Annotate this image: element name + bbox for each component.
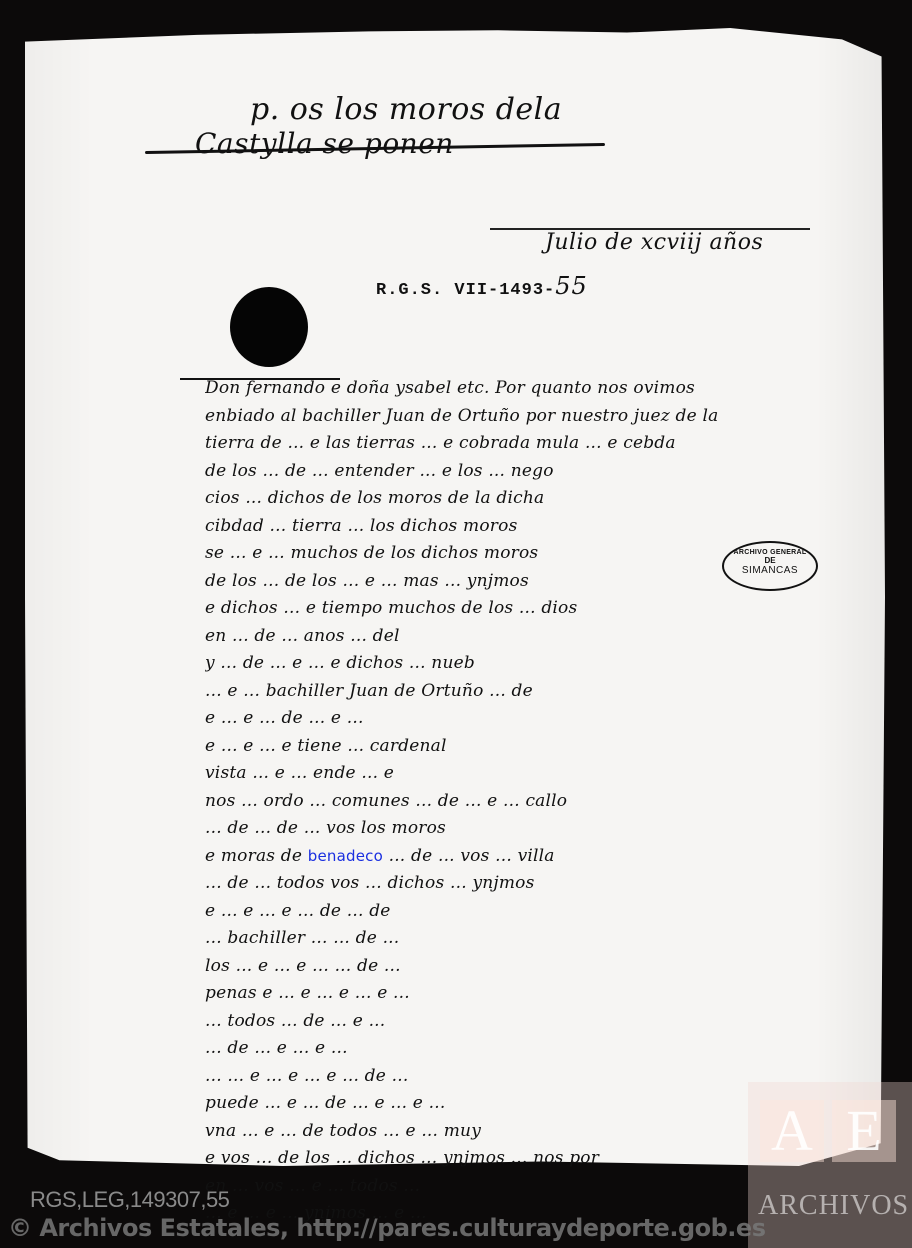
watermark-letter-e: E <box>832 1100 896 1162</box>
reference-prefix: R.G.S. VII-1493- <box>376 281 555 300</box>
stamp-line-1: ARCHIVO GENERAL <box>724 549 816 556</box>
stamp-line-2: DE <box>724 556 816 565</box>
manuscript-line: e dichos ... e tiempo muchos de los ... … <box>205 595 725 623</box>
manuscript-line: cios ... dichos de los moros de la dicha <box>205 485 725 513</box>
manuscript-line: enbiado al bachiller Juan de Ortuño por … <box>205 403 725 431</box>
archive-reference: R.G.S. VII-1493-55 <box>376 272 588 300</box>
manuscript-line: ... de ... e ... e ... <box>205 1035 725 1063</box>
manuscript-line: vista ... e ... ende ... e <box>205 760 725 788</box>
wax-seal-mark <box>230 287 308 367</box>
heading-line-2: Castylla se ponen <box>195 127 454 160</box>
manuscript-line: ... ... e ... e ... e ... de ... <box>205 1063 725 1091</box>
archive-stamp: ARCHIVO GENERAL DE SIMANCAS <box>722 541 818 591</box>
manuscript-line: en ... vos ... e ... todos ... <box>205 1173 725 1201</box>
manuscript-line: puede ... e ... de ... e ... e ... <box>205 1090 725 1118</box>
manuscript-body: Don fernando e doña ysabel etc. Por quan… <box>205 375 725 1228</box>
stamp-line-3: SIMANCAS <box>724 565 816 576</box>
reference-number: 55 <box>555 272 588 300</box>
manuscript-line: los ... e ... e ... ... de ... <box>205 953 725 981</box>
manuscript-line: cibdad ... tierra ... los dichos moros <box>205 513 725 541</box>
manuscript-line: penas e ... e ... e ... e ... <box>205 980 725 1008</box>
manuscript-line: tierra de ... e las tierras ... e cobrad… <box>205 430 725 458</box>
manuscript-line: ... todos ... de ... e ... <box>205 1008 725 1036</box>
manuscript-line: y ... de ... e ... e dichos ... nueb <box>205 650 725 678</box>
manuscript-line: e vos ... de los ... dichos ... ynjmos .… <box>205 1145 725 1173</box>
manuscript-line: ... bachiller ... ... de ... <box>205 925 725 953</box>
blue-insertion: benadeco <box>308 847 383 865</box>
catalog-id: RGS,LEG,149307,55 <box>30 1187 229 1213</box>
manuscript-line: nos ... ordo ... comunes ... de ... e ..… <box>205 788 725 816</box>
manuscript-line: e ... e ... e tiene ... cardenal <box>205 733 725 761</box>
manuscript-line: e moras de benadeco ... de ... vos ... v… <box>205 843 725 871</box>
watermark-letter-a: A <box>760 1100 824 1162</box>
manuscript-line: ... de ... todos vos ... dichos ... ynjm… <box>205 870 725 898</box>
manuscript-line: vna ... e ... de todos ... e ... muy <box>205 1118 725 1146</box>
watermark-text: ARCHIVOS <box>758 1190 909 1222</box>
manuscript-line: ... de ... de ... vos los moros <box>205 815 725 843</box>
manuscript-line: e ... e ... de ... e ... <box>205 705 725 733</box>
manuscript-line: Don fernando e doña ysabel etc. Por quan… <box>205 375 725 403</box>
manuscript-line: ... e ... bachiller Juan de Ortuño ... d… <box>205 678 725 706</box>
copyright-notice: © Archivos Estatales, http://pares.cultu… <box>8 1214 765 1242</box>
manuscript-line: de los ... de ... entender ... e los ...… <box>205 458 725 486</box>
archive-watermark: A E ARCHIVOS <box>748 1082 912 1248</box>
manuscript-line: e ... e ... e ... de ... de <box>205 898 725 926</box>
date-note: Julio de xcviij años <box>545 230 763 255</box>
manuscript-line: en ... de ... anos ... del <box>205 623 725 651</box>
manuscript-line: de los ... de los ... e ... mas ... ynjm… <box>205 568 725 596</box>
heading-line-1: p. os los moros dela <box>250 92 562 127</box>
manuscript-line: se ... e ... muchos de los dichos moros <box>205 540 725 568</box>
